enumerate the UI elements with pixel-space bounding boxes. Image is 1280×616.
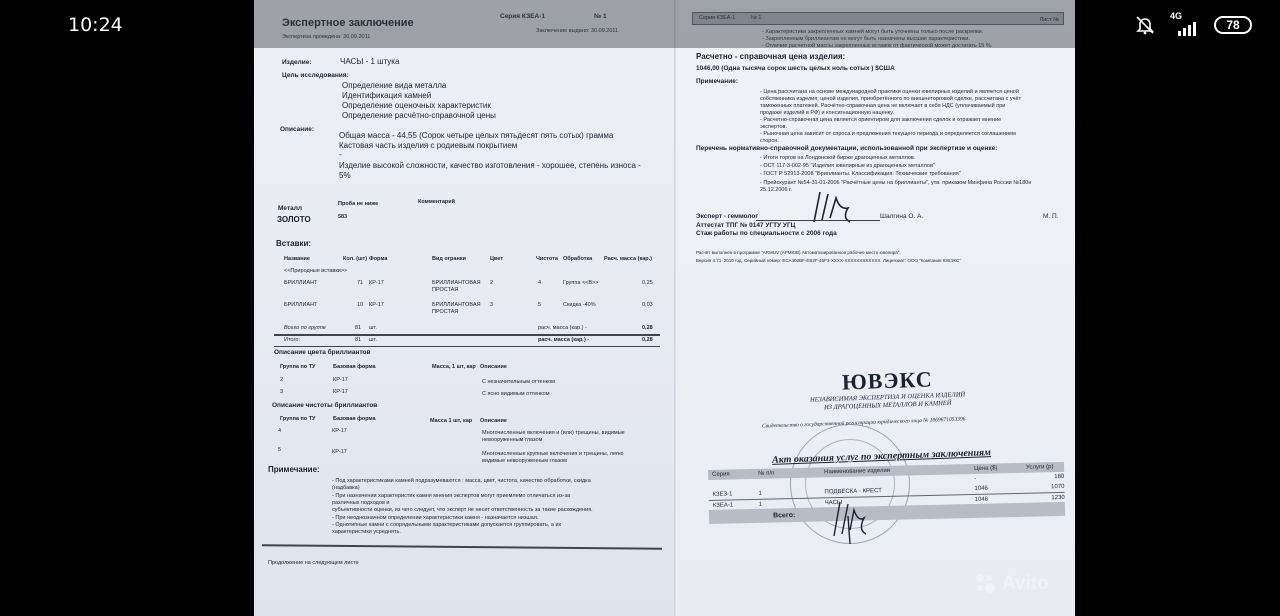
goal-item: Определение оценочных характеристик bbox=[342, 101, 491, 110]
attestat: Аттестат ТПГ № 0147 УГТУ УГЦ bbox=[696, 222, 795, 229]
price-title: Расчетно - справочная цена изделия: bbox=[696, 52, 845, 61]
col-header: Чистота bbox=[536, 256, 558, 262]
col-header: Базовая форма bbox=[333, 416, 376, 422]
signal-icon: 4G bbox=[1170, 14, 1200, 36]
series-label: Серия КЗЕА-1 bbox=[500, 13, 545, 20]
signature-icon bbox=[828, 496, 868, 546]
description-line: Изделие высокой сложности, качество изго… bbox=[339, 161, 641, 170]
col-header: Описание bbox=[480, 364, 507, 370]
goal-item: Определение вида металла bbox=[342, 81, 446, 90]
note-line: субъективности оценки, из чего следует, … bbox=[332, 507, 593, 513]
status-time: 10:24 bbox=[68, 14, 123, 36]
doc-line: - Прейскурант №54-31-01-2006 "Расчётные … bbox=[760, 180, 1031, 186]
company-logo: ЮВЭКС bbox=[842, 366, 934, 395]
price-value: 1046,00 (Одна тысяча сорок шесть целых н… bbox=[696, 65, 895, 72]
col-header: Название bbox=[284, 256, 310, 262]
note-line: - При назначении характеристик камня мне… bbox=[332, 493, 570, 499]
note-line: продаже изделий в РФ) и консигнационную … bbox=[760, 110, 894, 116]
metal-header: Металл bbox=[278, 205, 302, 212]
left-page: Экспертное заключение Серия КЗЕА-1 № 1 Э… bbox=[254, 0, 676, 616]
note-line: (надбавка) bbox=[332, 485, 360, 491]
doc-line: 25.12.2006 г. bbox=[760, 187, 792, 193]
battery-icon: 78 bbox=[1214, 16, 1252, 34]
notes-label: Примечание: bbox=[268, 465, 320, 474]
col-header: Группа по ТУ bbox=[280, 364, 315, 370]
item-label: Изделие: bbox=[282, 59, 312, 66]
note-line: различных подходов и bbox=[332, 500, 389, 506]
note-line: - Цена рассчитана на основе международно… bbox=[760, 89, 1019, 95]
metal-value: ЗОЛОТО bbox=[277, 215, 311, 224]
probe-header: Проба не ниже bbox=[338, 201, 378, 207]
note-line: сторон. bbox=[760, 138, 779, 144]
top-note: - Характеристики закрепленных камней мог… bbox=[762, 29, 983, 35]
note-line: - При неоднозначном определении характер… bbox=[332, 515, 538, 521]
col-header: Обработка bbox=[563, 256, 592, 262]
note-line: экспертов. bbox=[760, 124, 787, 130]
akt-table: Серия № п/п Наименование изделия Цена ($… bbox=[708, 462, 1065, 524]
col-header: Группа по ТУ bbox=[280, 416, 315, 422]
description-label: Описание: bbox=[280, 126, 314, 133]
exam-date: Экспертиза проведена: 30.09.2011 bbox=[282, 34, 370, 40]
seal-mark: М. П. bbox=[1043, 213, 1059, 220]
note-line: собственника изделия; ценой изделия, при… bbox=[760, 96, 1021, 102]
note-line: таможенных платежей. Расчётно-справочная… bbox=[760, 103, 1005, 109]
notes-label: Примечание: bbox=[696, 78, 738, 85]
note-line: - Расчетно-справочная цена является орие… bbox=[760, 117, 1001, 123]
col-header: Базовая форма bbox=[333, 364, 376, 370]
color-desc-title: Описание цвета бриллиантов bbox=[274, 349, 371, 356]
col-header: Форма bbox=[369, 256, 387, 262]
col-header: Цвет bbox=[490, 256, 503, 262]
col-header: Описание bbox=[480, 418, 507, 424]
col-header: Масса 1 шт, кар bbox=[430, 418, 472, 424]
signature-icon bbox=[806, 188, 856, 228]
bell-off-icon bbox=[1134, 15, 1156, 35]
note-line: характеристики усреднять. bbox=[332, 529, 401, 535]
expert-name: Шалгина О. А. bbox=[880, 213, 923, 220]
description-line: - bbox=[339, 150, 342, 159]
note-line: - Однотипные камни с соорядельными харак… bbox=[332, 522, 561, 528]
inserts-title: Вставки: bbox=[276, 239, 311, 248]
description-line: 5% bbox=[339, 171, 351, 180]
docs-title: Перечень нормативно-справочной документа… bbox=[696, 145, 997, 152]
document-title: Экспертное заключение bbox=[282, 17, 414, 29]
note-line: - Рыночная цена зависит от спроса и пред… bbox=[760, 131, 1016, 137]
col-header: Масса, 1 шт, кар bbox=[432, 364, 476, 370]
header-strip: Серия КЗЕА-1 № 1 Лист № bbox=[692, 12, 1064, 25]
doc-line: - ОСТ 117-3-002-95 "Изделия ювелирные из… bbox=[760, 163, 935, 169]
avito-watermark: Avito bbox=[976, 573, 1049, 595]
status-icons: 4G 78 bbox=[1134, 14, 1252, 36]
clarity-desc-title: Описание чистоты бриллиантов bbox=[272, 402, 377, 409]
col-header: Вид огранки bbox=[432, 256, 466, 262]
group-label: <<Природные вставки>> bbox=[284, 268, 347, 274]
top-note: - Отличие расчетной массы закрепленных в… bbox=[762, 43, 992, 49]
software-line: Расчёт выполнен в программе "ARMUV (АРМЮ… bbox=[696, 250, 901, 255]
comment-header: Комментарий bbox=[418, 199, 455, 205]
top-note: - Закрепленным бриллиантам не могут быть… bbox=[762, 36, 970, 42]
issued-date: Заключение выдано: 30.09.2011 bbox=[536, 28, 618, 34]
expert-label: Эксперт - геммолог bbox=[696, 213, 758, 220]
goal-item: Идентификация камней bbox=[342, 91, 431, 100]
note-line: - Под характеристиками камней подразумев… bbox=[332, 478, 591, 484]
goal-item: Определение расчётно-справочной цены bbox=[342, 111, 496, 120]
software-line: Версия 4.71. 2010 год. Серийный номер: E… bbox=[696, 258, 961, 263]
experience: Стаж работы по специальности с 2006 года bbox=[696, 230, 837, 237]
doc-line: - Итоги торгов на Лондонской бирже драго… bbox=[760, 155, 915, 161]
item-value: ЧАСЫ - 1 штука bbox=[340, 57, 399, 66]
description-line: Общая масса - 44,55 (Сорок четыре целых … bbox=[339, 131, 613, 140]
continued-note: Продолжение на следующем листе bbox=[268, 560, 359, 566]
description-line: Кастовая часть изделия с родиевым покрыт… bbox=[339, 141, 517, 150]
right-page: Серия КЗЕА-1 № 1 Лист № - Характеристики… bbox=[678, 0, 1075, 616]
col-header: Расч. масса (кар.) bbox=[604, 256, 652, 262]
goal-label: Цель исследования: bbox=[282, 72, 349, 79]
number-label: № 1 bbox=[594, 13, 607, 20]
document-photo: Экспертное заключение Серия КЗЕА-1 № 1 Э… bbox=[254, 0, 1075, 616]
probe-value: 583 bbox=[338, 214, 347, 220]
avito-logo-icon bbox=[976, 574, 996, 594]
doc-line: - ГОСТ Р 52913-2008 "Бриллианты. Классиф… bbox=[760, 171, 961, 177]
col-header: Кол. (шт) bbox=[343, 256, 367, 262]
